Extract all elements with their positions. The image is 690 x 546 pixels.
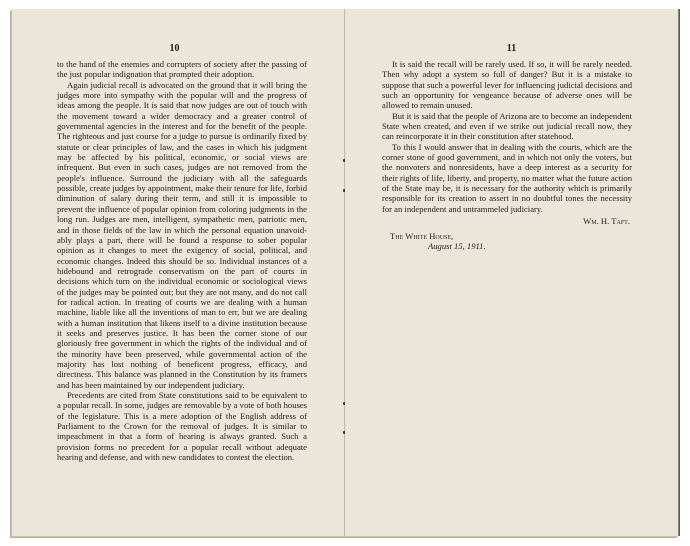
paragraph: Again judicial recall is advocated on th…	[57, 80, 307, 390]
body-text-column: It is said the recall will be rarely use…	[382, 59, 632, 251]
paragraph: But it is said that the people of Arizon…	[382, 111, 632, 142]
booklet-spread: 10 to the hand of the enemies and corrup…	[12, 9, 678, 536]
paragraph: It is said the recall will be rarely use…	[382, 59, 632, 111]
signature: Wm. H. Taft.	[382, 216, 632, 226]
page-number: 11	[345, 43, 678, 54]
dateline-date: August 15, 1911.	[390, 241, 632, 251]
dateline-place: The White House,	[390, 231, 632, 241]
right-page: 11 It is said the recall will be rarely …	[345, 9, 678, 536]
paragraph: to the hand of the enemies and corrupter…	[57, 59, 307, 80]
page-number: 10	[8, 43, 341, 54]
paragraph: To this I would answer that in dealing w…	[382, 142, 632, 214]
dateline: The White House, August 15, 1911.	[382, 231, 632, 252]
left-page: 10 to the hand of the enemies and corrup…	[12, 9, 345, 536]
body-text-column: to the hand of the enemies and corrupter…	[57, 59, 307, 462]
paragraph: Precedents are cited from State constitu…	[57, 390, 307, 462]
